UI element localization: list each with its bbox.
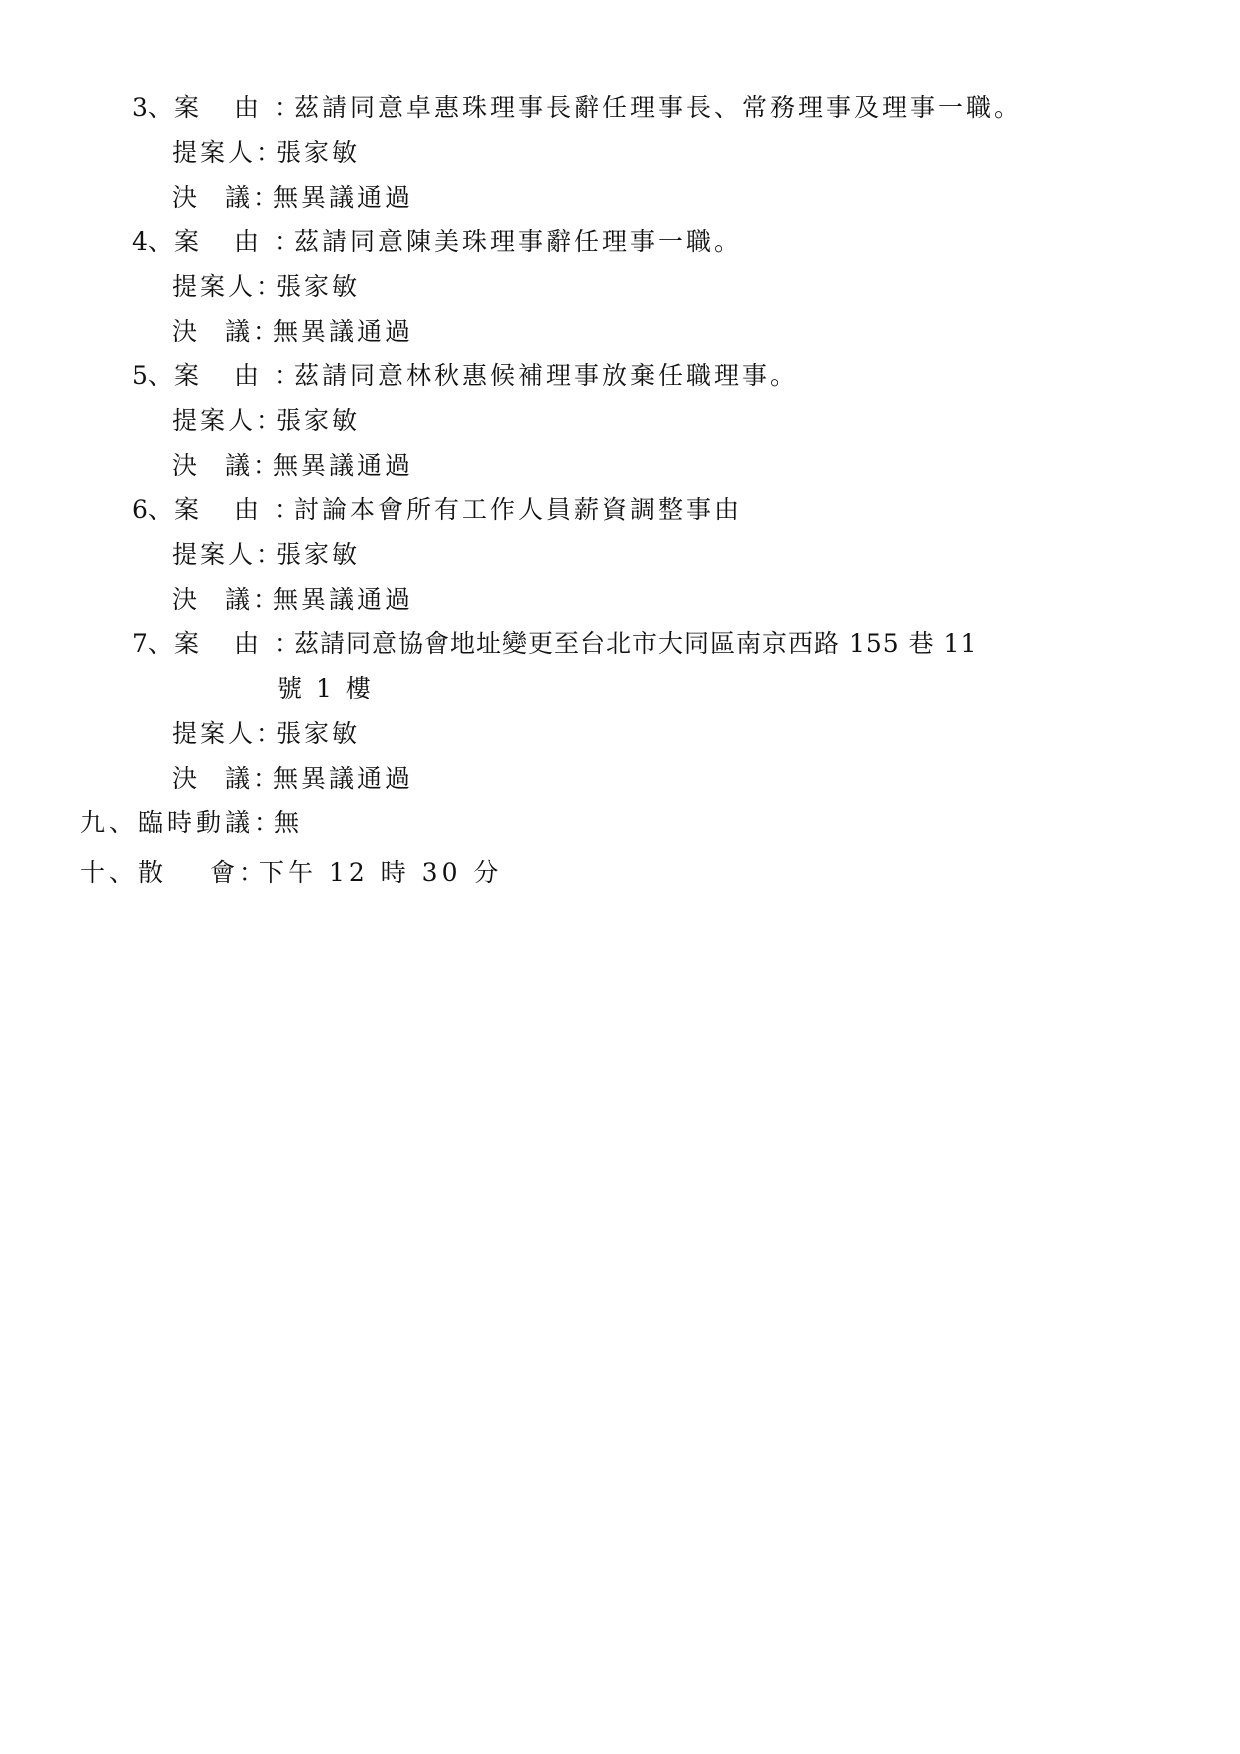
resolution-text: 無異議通過 — [273, 764, 413, 793]
case-label: 案 — [174, 227, 234, 257]
resolution-text: 無異議通過 — [273, 451, 413, 480]
case-text: 茲請同意陳美珠理事辭任理事一職。 — [294, 227, 742, 257]
case-text-continued: 號 1 樓 — [277, 674, 374, 703]
proposer-line-5: 提案人：張家敏 — [172, 406, 360, 436]
resolution-line-4: 決議：無異議通過 — [172, 317, 413, 347]
document-page: 3、案由：茲請同意卓惠珠理事長辭任理事長、常務理事及理事一職。 提案人：張家敏 … — [0, 0, 1240, 1754]
case-text: 茲請同意卓惠珠理事長辭任理事長、常務理事及理事一職。 — [294, 93, 1022, 123]
resolution-label: 決 — [172, 317, 225, 347]
case-line-7: 7、案由：茲請同意協會地址變更至台北市大同區南京西路 155 巷 11 — [132, 629, 977, 659]
proposer-label: 提案人 — [172, 540, 256, 569]
proposer-name: 張家敏 — [276, 406, 360, 435]
section-10-label: 十、散 — [80, 858, 210, 888]
colon: ： — [274, 361, 294, 391]
resolution-line-6: 決議：無異議通過 — [172, 585, 413, 615]
proposer-name: 張家敏 — [276, 719, 360, 748]
resolution-label: 議 — [225, 585, 253, 614]
case-line-3: 3、案由：茲請同意卓惠珠理事長辭任理事長、常務理事及理事一職。 — [132, 93, 1022, 123]
proposer-line-6: 提案人：張家敏 — [172, 540, 360, 570]
section-9-value: 無 — [274, 808, 303, 837]
case-text: 茲請同意協會地址變更至台北市大同區南京西路 155 巷 11 — [294, 629, 977, 659]
colon: ： — [256, 540, 276, 570]
case-label: 由 — [234, 93, 259, 123]
resolution-label: 議 — [225, 451, 253, 480]
case-label: 由 — [234, 629, 259, 659]
section-9-label: 九、臨時動議 — [80, 808, 254, 837]
resolution-line-7: 決議：無異議通過 — [172, 764, 413, 794]
colon: ： — [253, 585, 273, 615]
resolution-label: 議 — [225, 317, 253, 346]
case-label: 由 — [234, 495, 259, 525]
proposer-label: 提案人 — [172, 272, 256, 301]
item-number: 5、 — [132, 361, 174, 391]
colon: ： — [253, 183, 273, 213]
colon: ： — [256, 138, 276, 168]
colon: ： — [274, 93, 294, 123]
resolution-line-3: 決議：無異議通過 — [172, 183, 413, 213]
item-number: 3、 — [132, 93, 174, 123]
section-9-line: 九、臨時動議：無 — [80, 808, 303, 838]
proposer-name: 張家敏 — [276, 540, 360, 569]
colon: ： — [253, 764, 273, 794]
item-number: 7、 — [132, 629, 174, 659]
case-line-4: 4、案由：茲請同意陳美珠理事辭任理事一職。 — [132, 227, 742, 257]
section-10-label: 會 — [210, 858, 239, 887]
resolution-label: 決 — [172, 764, 225, 794]
proposer-label: 提案人 — [172, 719, 256, 748]
colon: ： — [256, 406, 276, 436]
section-10-line: 十、散會：下午 12 時 30 分 — [80, 858, 502, 888]
resolution-line-5: 決議：無異議通過 — [172, 451, 413, 481]
resolution-text: 無異議通過 — [273, 183, 413, 212]
case-line-6: 6、案由：討論本會所有工作人員薪資調整事由 — [132, 495, 742, 525]
resolution-text: 無異議通過 — [273, 585, 413, 614]
proposer-label: 提案人 — [172, 406, 256, 435]
proposer-name: 張家敏 — [276, 272, 360, 301]
proposer-line-3: 提案人：張家敏 — [172, 138, 360, 168]
case-label: 案 — [174, 629, 234, 659]
item-number: 6、 — [132, 495, 174, 525]
proposer-line-7: 提案人：張家敏 — [172, 719, 360, 749]
section-10-value: 下午 12 時 30 分 — [259, 858, 502, 887]
colon: ： — [253, 451, 273, 481]
case-label: 由 — [234, 361, 259, 391]
proposer-label: 提案人 — [172, 138, 256, 167]
resolution-label: 決 — [172, 451, 225, 481]
case-line-5: 5、案由：茲請同意林秋惠候補理事放棄任職理事。 — [132, 361, 798, 391]
item-number: 4、 — [132, 227, 174, 257]
proposer-name: 張家敏 — [276, 138, 360, 167]
colon: ： — [274, 227, 294, 257]
proposer-line-4: 提案人：張家敏 — [172, 272, 360, 302]
resolution-label: 議 — [225, 764, 253, 793]
case-text: 討論本會所有工作人員薪資調整事由 — [294, 495, 742, 525]
resolution-text: 無異議通過 — [273, 317, 413, 346]
colon: ： — [274, 629, 294, 659]
colon: ： — [256, 719, 276, 749]
resolution-label: 議 — [225, 183, 253, 212]
case-label: 案 — [174, 93, 234, 123]
case-label: 由 — [234, 227, 259, 257]
case-text: 茲請同意林秋惠候補理事放棄任職理事。 — [294, 361, 798, 391]
resolution-label: 決 — [172, 585, 225, 615]
colon: ： — [256, 272, 276, 302]
case-label: 案 — [174, 495, 234, 525]
case-label: 案 — [174, 361, 234, 391]
case-line-7-continued: 號 1 樓 — [277, 674, 374, 704]
colon: ： — [239, 858, 259, 888]
colon: ： — [274, 495, 294, 525]
resolution-label: 決 — [172, 183, 225, 213]
colon: ： — [253, 317, 273, 347]
colon: ： — [254, 808, 274, 838]
